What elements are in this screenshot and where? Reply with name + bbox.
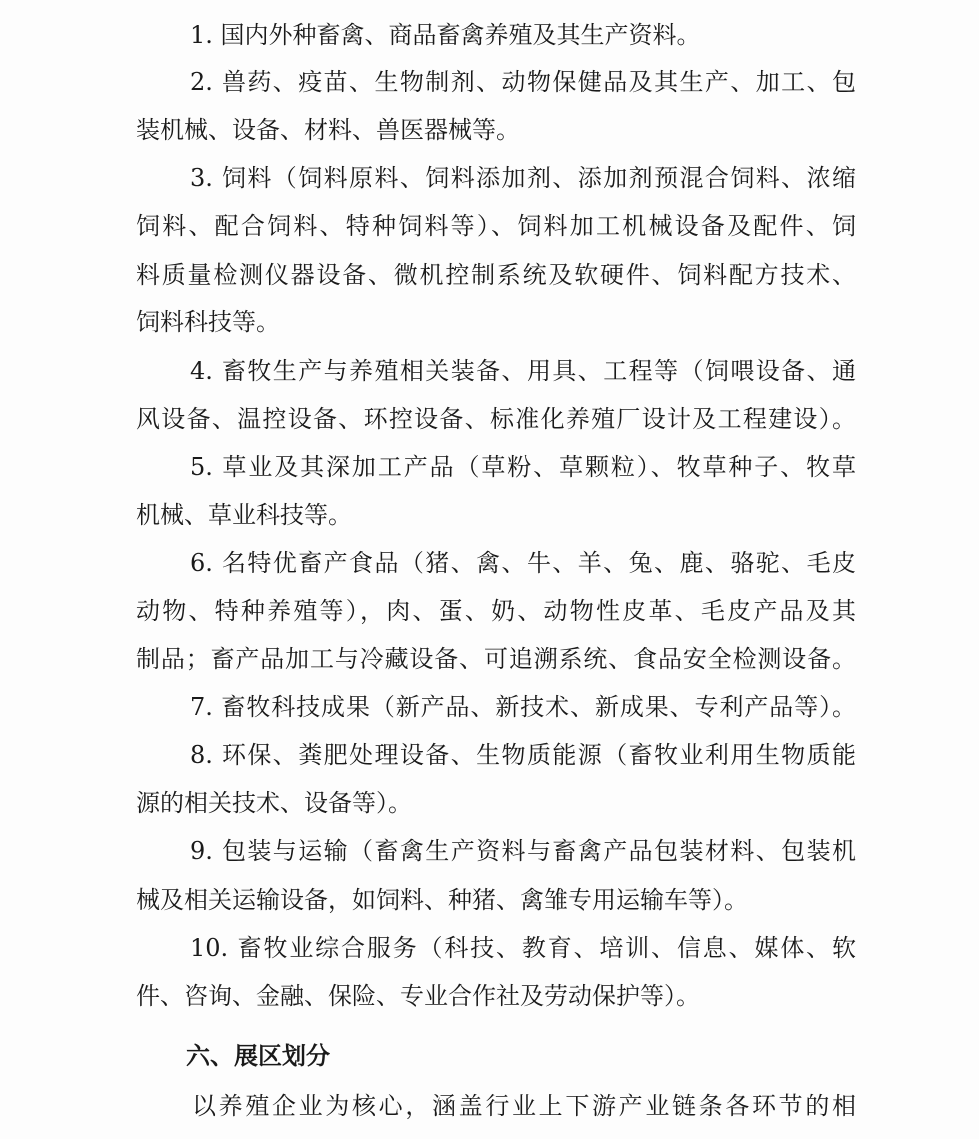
item-8-line-1: 8. 环保、粪肥处理设备、生物质能源（畜牧业利用生物质能	[190, 739, 856, 771]
item-10-line-2: 件、咨询、金融、保险、专业合作社及劳动保护等）。	[136, 980, 856, 1012]
item-6-line-1: 6. 名特优畜产食品（猪、禽、牛、羊、兔、鹿、骆驼、毛皮	[190, 547, 856, 579]
item-9-line-1: 9. 包装与运输（畜禽生产资料与畜禽产品包装材料、包装机	[190, 835, 856, 867]
item-4-line-1: 4. 畜牧生产与养殖相关装备、用具、工程等（饲喂设备、通	[190, 355, 856, 387]
item-5-line-2: 机械、草业科技等。	[136, 499, 856, 531]
item-3-line-3: 料质量检测仪器设备、微机控制系统及软硬件、饲料配方技术、	[136, 259, 856, 291]
item-3-line-4: 饲料科技等。	[136, 306, 856, 338]
item-5-line-1: 5. 草业及其深加工产品（草粉、草颗粒）、牧草种子、牧草	[190, 451, 856, 483]
document-page: 1. 国内外种畜禽、商品畜禽养殖及其生产资料。 2. 兽药、疫苗、生物制剂、动物…	[0, 0, 979, 1139]
item-6-line-2: 动物、特种养殖等），肉、蛋、奶、动物性皮革、毛皮产品及其	[136, 595, 856, 627]
section-paragraph-line-1: 以养殖企业为核心，涵盖行业上下游产业链条各环节的相	[192, 1090, 856, 1122]
item-3-line-2: 饲料、配合饲料、特种饲料等）、饲料加工机械设备及配件、饲	[136, 210, 856, 242]
item-4-line-2: 风设备、温控设备、环控设备、标准化养殖厂设计及工程建设）。	[136, 403, 856, 435]
section-heading: 六、展区划分	[186, 1040, 330, 1072]
item-9-line-2: 械及相关运输设备，如饲料、种猪、禽雏专用运输车等）。	[136, 884, 856, 916]
item-6-line-3: 制品；畜产品加工与冷藏设备、可追溯系统、食品安全检测设备。	[136, 643, 856, 675]
item-2-line-1: 2. 兽药、疫苗、生物制剂、动物保健品及其生产、加工、包	[190, 66, 856, 98]
item-10-line-1: 10. 畜牧业综合服务（科技、教育、培训、信息、媒体、软	[190, 932, 856, 964]
item-1-line-1: 1. 国内外种畜禽、商品畜禽养殖及其生产资料。	[190, 19, 856, 51]
item-2-line-2: 装机械、设备、材料、兽医器械等。	[136, 114, 856, 146]
item-8-line-2: 源的相关技术、设备等）。	[136, 787, 856, 819]
item-3-line-1: 3. 饲料（饲料原料、饲料添加剂、添加剂预混合饲料、浓缩	[190, 162, 856, 194]
item-7-line-1: 7. 畜牧科技成果（新产品、新技术、新成果、专利产品等）。	[190, 691, 856, 723]
